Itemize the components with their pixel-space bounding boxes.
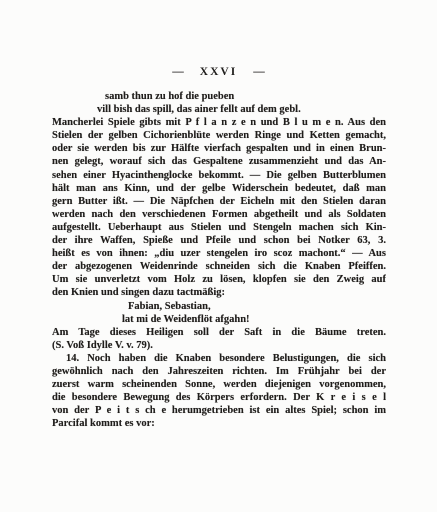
verse-line: lat mi de Weidenflöt afgahn! — [52, 313, 386, 326]
header-right-dash: — — [253, 66, 265, 78]
paragraph-line: werden nach den verschiedenen Formen abg… — [52, 208, 386, 221]
paragraph-line: den Knien und singen dazu tactmäßig: — [52, 286, 386, 299]
paragraph-line: Stielen der gelben Cichorienblüte werden… — [52, 129, 386, 142]
citation-line: (S. Voß Idylle V. v. 79). — [52, 339, 386, 352]
paragraph-line: von der P e i t s ch e herumgetrieben is… — [52, 404, 386, 417]
page-number: XXVI — [200, 66, 237, 78]
verse-line: samb thun zu hof die pueben — [52, 90, 386, 103]
paragraph-line: zuerst warm scheinenden Sonne, werden di… — [52, 378, 386, 391]
text-block: samb thun zu hof die pueben vill bish da… — [52, 90, 386, 430]
book-page: —XXVI— samb thun zu hof die pueben vill … — [0, 0, 437, 512]
paragraph-line: der ihre Waffen, Spieße und Pfeile und s… — [52, 234, 386, 247]
paragraph-line: nen gelegt, worauf sich das Gespaltene z… — [52, 155, 386, 168]
paragraph-line: aufgestellt. Ueberhaupt aus Stielen und … — [52, 221, 386, 234]
paragraph-line: Parcifal kommt es vor: — [52, 417, 386, 430]
paragraph-line: der abgezogenen Weidenrinde schneiden si… — [52, 260, 386, 273]
verse-line: Fabian, Sebastian, — [52, 300, 386, 313]
paragraph-line: oder sie werden bis zur Hälfte vierfach … — [52, 142, 386, 155]
paragraph-line: Mancherlei Spiele gibts mit P f l a n z … — [52, 116, 386, 129]
paragraph-line: hält man ans Kinn, und der gelbe Widersc… — [52, 182, 386, 195]
verse-line: vill bish das spill, das ainer fellt auf… — [52, 103, 386, 116]
paragraph-line: 14. Noch haben die Knaben besondere Belu… — [52, 352, 386, 365]
header-left-dash: — — [172, 66, 184, 78]
paragraph-line: gewöhnlich nach den Jahreszeiten richten… — [52, 365, 386, 378]
paragraph-line: Am Tage dieses Heiligen soll der Saft in… — [52, 326, 386, 339]
paragraph-line: sehen einer Hyacinthenglocke bekommt. — … — [52, 169, 386, 182]
running-head: —XXVI— — [0, 66, 437, 78]
paragraph-line: gern Butter ißt. — Die Näpfchen der Eich… — [52, 195, 386, 208]
paragraph-line: Um sie unverletzt vom Holz zu lösen, klo… — [52, 273, 386, 286]
paragraph-line: heißt es von ihnen: „diu uzer stengelen … — [52, 247, 386, 260]
paragraph-line: die besondere Bewegung des Körpers erfor… — [52, 391, 386, 404]
